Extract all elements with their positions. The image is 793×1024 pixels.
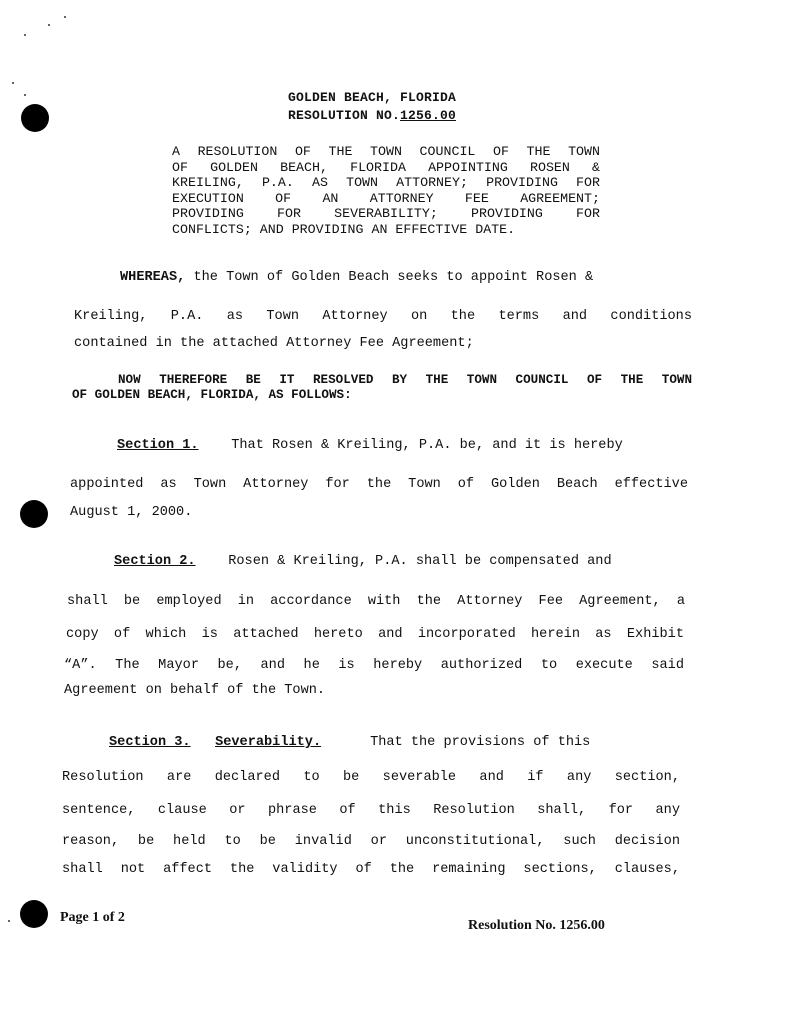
section-2-line: Agreement on behalf of the Town. [64, 683, 325, 698]
section-3-subheading: Severability. [215, 735, 321, 750]
resolution-number: 1256.00 [400, 108, 456, 123]
resolution-prefix: RESOLUTION NO. [288, 108, 400, 123]
scan-speck [48, 24, 50, 26]
punch-hole-top [21, 104, 49, 132]
scan-speck [24, 34, 26, 36]
section-2-line: “A”. The Mayor be, and he is hereby auth… [64, 658, 684, 673]
resolved-clause-line: OF GOLDEN BEACH, FLORIDA, AS FOLLOWS: [72, 388, 352, 402]
resolution-number-title: RESOLUTION NO.1256.00 [288, 108, 456, 123]
section-3-heading: Section 3. [109, 735, 191, 750]
whereas-lead: WHEREAS, [120, 270, 185, 285]
section-1-line: Section 1. That Rosen & Kreiling, P.A. b… [117, 438, 689, 453]
whereas-paragraph-line: WHEREAS, the Town of Golden Beach seeks … [120, 270, 692, 285]
whereas-paragraph-line: contained in the attached Attorney Fee A… [74, 336, 474, 351]
section-2-line: shall be employed in accordance with the… [67, 594, 685, 609]
resolved-clause-line: NOW THEREFORE BE IT RESOLVED BY THE TOWN… [118, 373, 692, 387]
scan-speck [64, 16, 66, 18]
section-3-line: Section 3. Severability. That the provis… [109, 735, 681, 750]
whereas-paragraph-line: Kreiling, P.A. as Town Attorney on the t… [74, 309, 692, 324]
page-indicator: Page 1 of 2 [60, 910, 125, 926]
section-2-line: copy of which is attached hereto and inc… [66, 627, 684, 642]
document-town-title: GOLDEN BEACH, FLORIDA [288, 90, 456, 105]
punch-hole-bottom [20, 900, 48, 928]
summary-line: EXECUTION OF AN ATTORNEY FEE AGREEMENT; [172, 191, 600, 207]
section-2-line: Section 2. Rosen & Kreiling, P.A. shall … [114, 554, 686, 569]
scan-speck [12, 82, 14, 84]
resolution-summary: A RESOLUTION OF THE TOWN COUNCIL OF THE … [172, 144, 600, 237]
section-3-line: sentence, clause or phrase of this Resol… [62, 803, 680, 818]
section-1-heading: Section 1. [117, 438, 199, 453]
summary-line: A RESOLUTION OF THE TOWN COUNCIL OF THE … [172, 144, 600, 160]
section-3-line: Resolution are declared to be severable … [62, 770, 680, 785]
scan-speck [8, 920, 10, 922]
footer-resolution-number: Resolution No. 1256.00 [468, 918, 605, 934]
scan-speck [24, 94, 26, 96]
summary-line: CONFLICTS; AND PROVIDING AN EFFECTIVE DA… [172, 222, 600, 238]
summary-line: PROVIDING FOR SEVERABILITY; PROVIDING FO… [172, 206, 600, 222]
section-3-line: reason, be held to be invalid or unconst… [62, 834, 680, 849]
section-1-line: August 1, 2000. [70, 505, 192, 520]
summary-line: KREILING, P.A. AS TOWN ATTORNEY; PROVIDI… [172, 175, 600, 191]
section-3-line: shall not affect the validity of the rem… [62, 862, 680, 877]
section-2-heading: Section 2. [114, 554, 196, 569]
section-1-line: appointed as Town Attorney for the Town … [70, 477, 688, 492]
punch-hole-middle [20, 500, 48, 528]
summary-line: OF GOLDEN BEACH, FLORIDA APPOINTING ROSE… [172, 160, 600, 176]
